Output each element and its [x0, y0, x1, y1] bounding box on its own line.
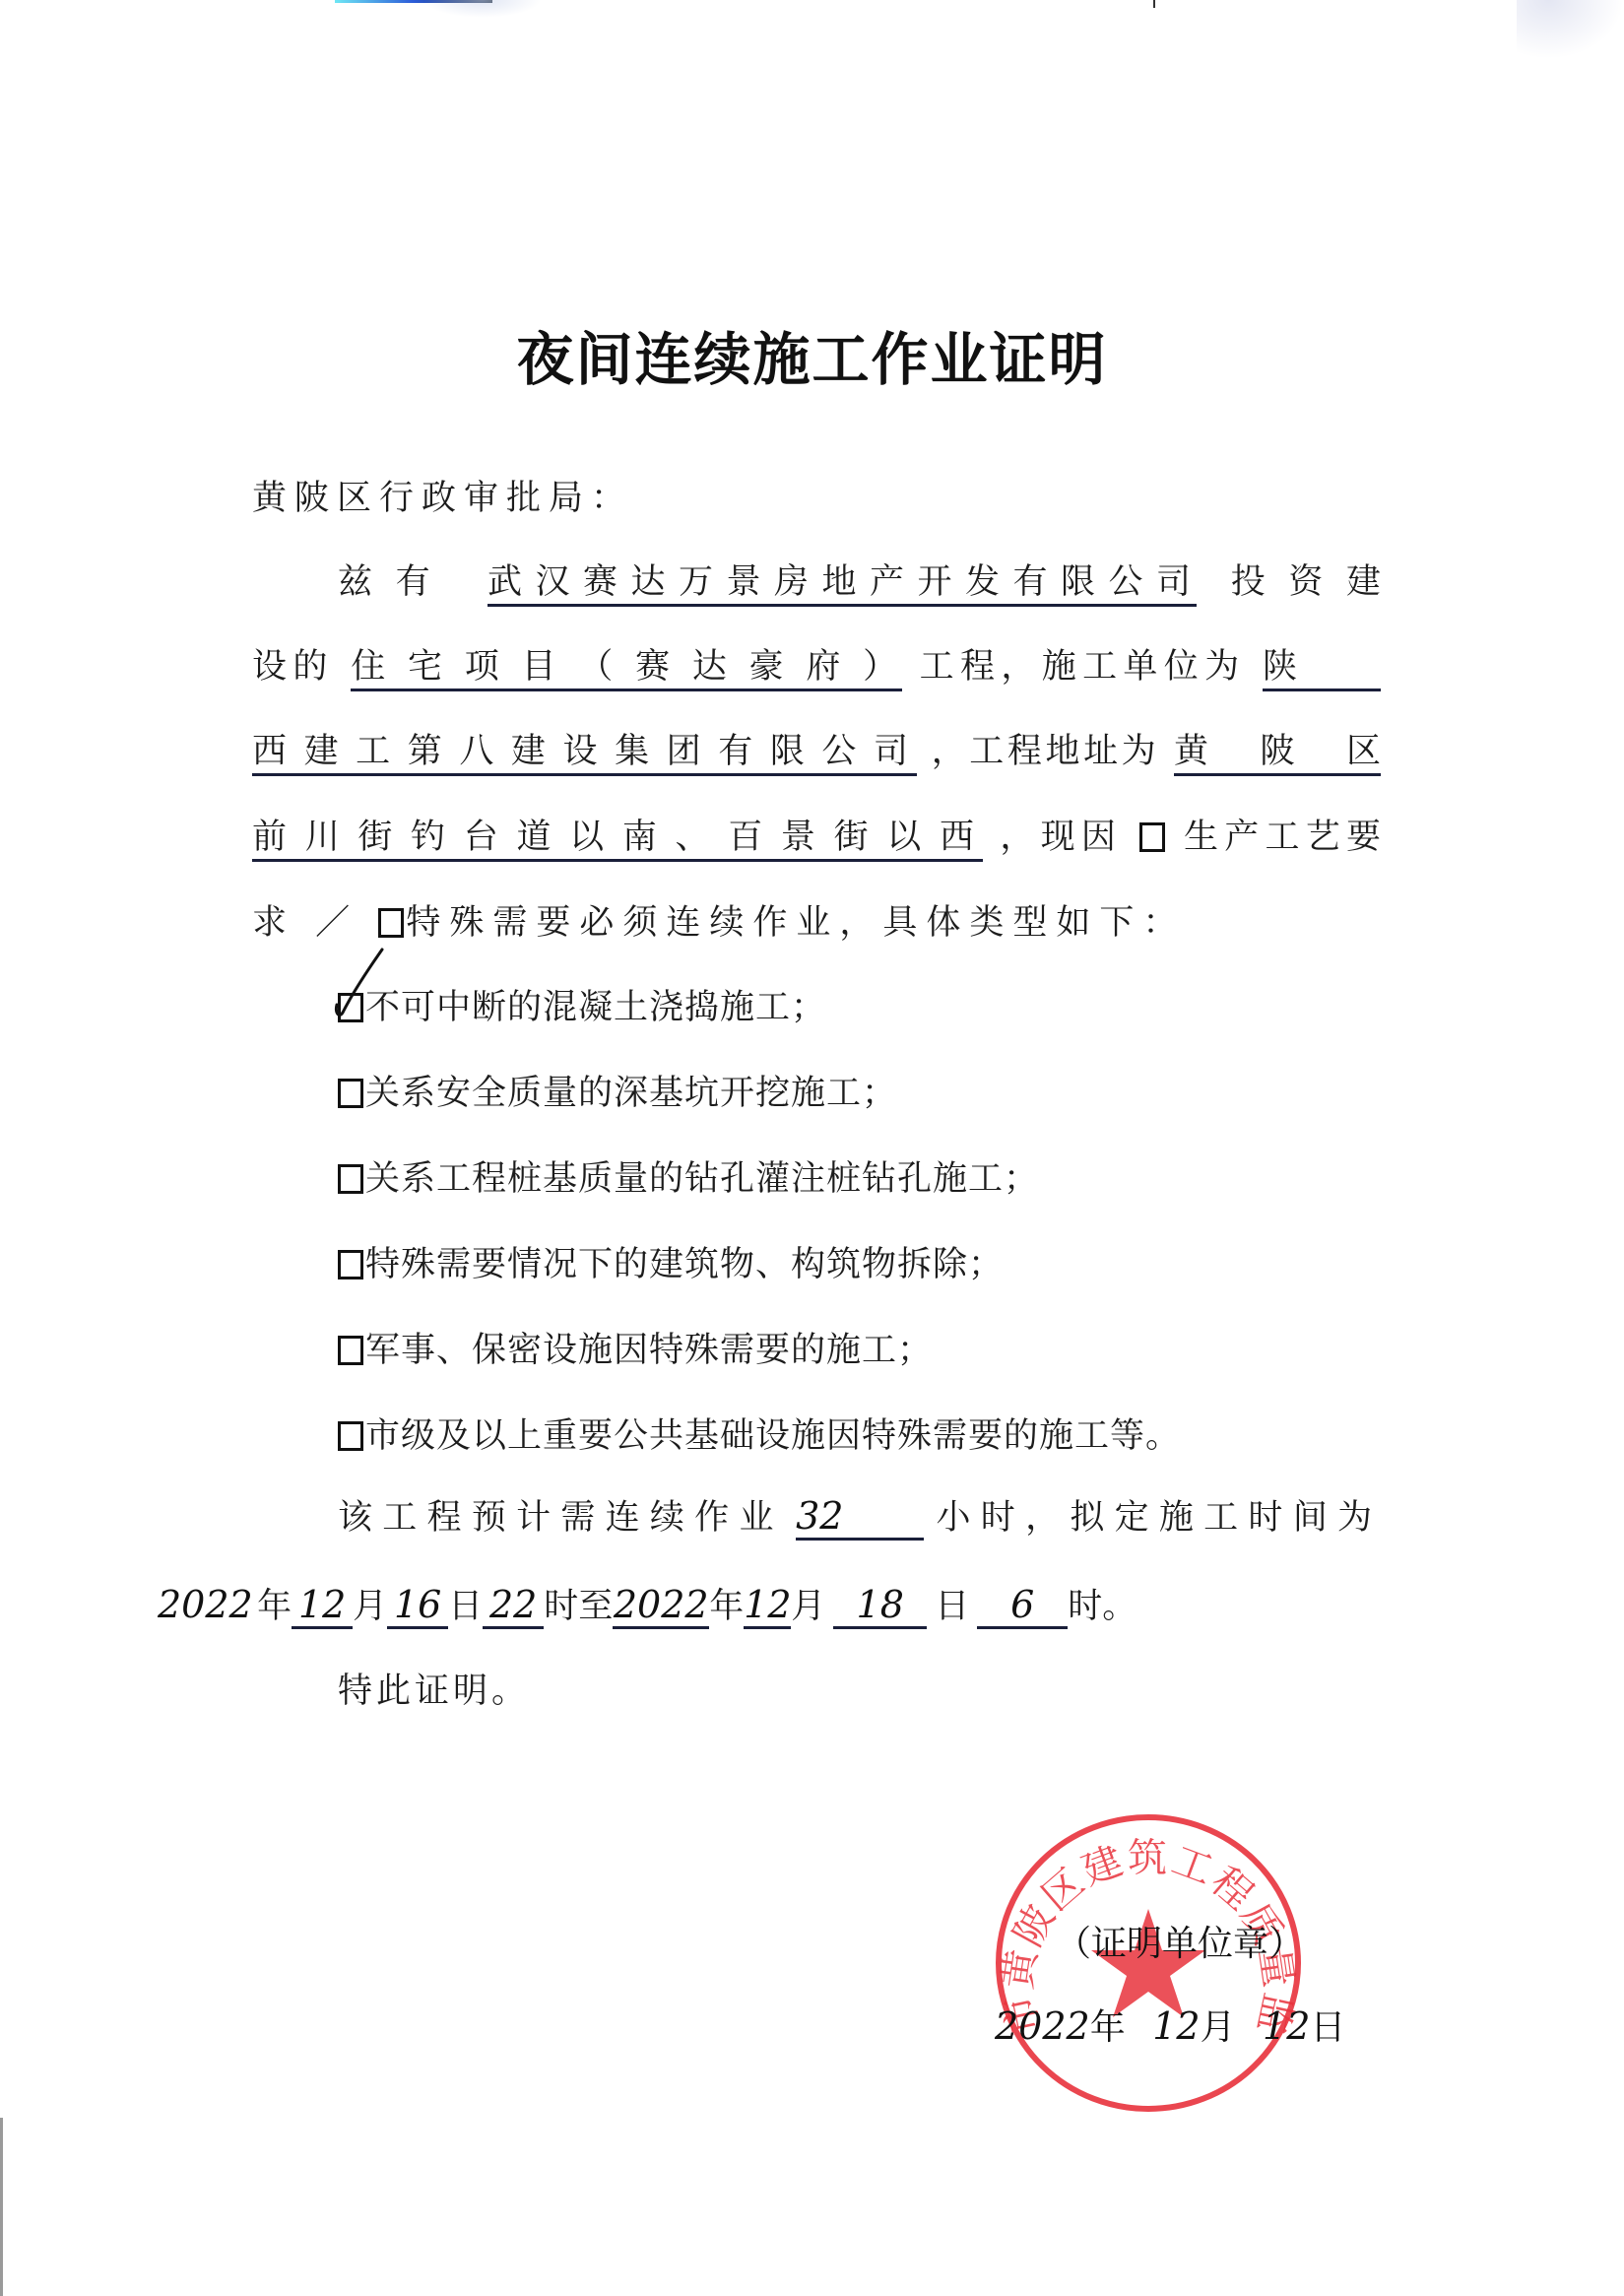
text-segment: 日 [448, 1587, 483, 1626]
end-month-field: 12 [744, 1583, 791, 1629]
text-segment: ，工程地址为 [932, 732, 1160, 771]
work-type-item: 关系工程桩基质量的钻孔灌注桩钻孔施工； [338, 1154, 1466, 1204]
end-hour-field: 6 [977, 1583, 1068, 1629]
text-segment: 日 [935, 1587, 969, 1626]
checkbox-production-requirement[interactable] [1139, 822, 1165, 852]
sign-day-handwritten: 12 [1263, 2004, 1310, 2048]
text-segment: ，现因 [1000, 818, 1122, 857]
work-type-label: 市级及以上重要公共基础设施因特殊需要的施工等。 [365, 1416, 1181, 1456]
closing-statement: 特此证明。 [338, 1667, 1466, 1716]
project-field: 住宅项目（赛达豪府） [351, 645, 902, 691]
checkbox-concrete-pouring[interactable] [338, 993, 363, 1022]
text-segment: 月 [791, 1587, 825, 1626]
work-type-label: 特殊需要情况下的建筑物、构筑物拆除； [365, 1245, 1004, 1284]
scan-edge [0, 2118, 3, 2296]
text-segment: 时至 [544, 1587, 613, 1626]
text-segment: 年 [1090, 2007, 1126, 2048]
checkbox-military-facility[interactable] [338, 1336, 363, 1365]
separator: ／ [315, 903, 358, 943]
text-segment: 年 [257, 1587, 292, 1626]
start-hour-field: 22 [483, 1583, 544, 1629]
work-type-item: 不可中断的混凝土浇捣施工； [338, 983, 1466, 1032]
text-segment: 设的 [252, 647, 334, 687]
checkbox-deep-excavation[interactable] [338, 1079, 363, 1108]
work-type-label: 关系工程桩基质量的钻孔灌注桩钻孔施工； [365, 1159, 1039, 1199]
sign-month-handwritten: 12 [1152, 2004, 1200, 2048]
contractor-field-part2: 西建工第八建设集团有限公司 [252, 730, 917, 776]
checkbox-special-need[interactable] [378, 908, 404, 938]
work-type-label: 军事、保密设施因特殊需要的施工； [365, 1331, 933, 1370]
scan-smudge [423, 0, 542, 18]
reason-label-special: 特殊需要必须连续作业，具体类型如下： [406, 903, 1186, 943]
work-type-label: 关系安全质量的深基坑开挖施工； [365, 1074, 897, 1113]
duration-hours-field: 32 [796, 1494, 924, 1541]
text-segment: 日 [1310, 2007, 1345, 2048]
paragraph-line-3: 西建工第八建设集团有限公司 ，工程地址为 黄陂区 [252, 727, 1381, 776]
start-day-field: 16 [387, 1583, 448, 1629]
address-field-part2: 前川街钓台道以南、百景街以西 [252, 816, 983, 862]
signature-date: 2022年 12月 12日 [995, 2000, 1345, 2050]
sign-year-handwritten: 2022 [995, 2004, 1090, 2048]
text-segment: 工程，施工单位为 [920, 647, 1246, 687]
checkbox-public-infrastructure[interactable] [338, 1421, 363, 1451]
paragraph-line-4: 前川街钓台道以南、百景街以西 ，现因 生产工艺要 [252, 813, 1381, 862]
text-segment: 小时，拟定施工时间为 [937, 1498, 1381, 1538]
end-year-field: 2022 [613, 1583, 709, 1629]
paragraph-line-1: 兹有 武汉赛达万景房地产开发有限公司 投资建 [338, 558, 1381, 607]
seal-caption: （证明单位章） [1056, 1916, 1304, 1966]
end-day-field: 18 [833, 1583, 927, 1629]
reason-label-production: 生产工艺要 [1184, 818, 1381, 857]
text-segment: 该工程预计需连续作业 [338, 1498, 784, 1538]
duration-line: 该工程预计需连续作业 32 小时，拟定施工时间为 [338, 1493, 1381, 1542]
checkbox-bored-pile[interactable] [338, 1164, 363, 1194]
scan-mark [1153, 0, 1155, 8]
start-month-field: 12 [292, 1583, 353, 1629]
document-title: 夜间连续施工作业证明 [0, 313, 1624, 396]
paragraph-line-5: 求 ／ 特殊需要必须连续作业，具体类型如下： [252, 898, 1381, 948]
text-segment: 时。 [1068, 1587, 1137, 1626]
text-segment: 兹有 [338, 562, 453, 602]
text-segment: 求 [252, 903, 295, 943]
schedule-line: 2022 年12月16日22时至2022年12月18日6时。 [158, 1580, 1339, 1631]
text-segment: 年 [709, 1587, 744, 1626]
work-type-label: 不可中断的混凝土浇捣施工； [365, 988, 826, 1027]
addressee: 黄陂区行政审批局： [252, 474, 1381, 523]
checkbox-demolition[interactable] [338, 1250, 363, 1279]
text-segment: 月 [1201, 2007, 1236, 2048]
work-type-item: 关系安全质量的深基坑开挖施工； [338, 1069, 1466, 1118]
work-type-item: 特殊需要情况下的建筑物、构筑物拆除； [338, 1240, 1466, 1289]
scan-smudge [1517, 0, 1624, 59]
investor-field: 武汉赛达万景房地产开发有限公司 [487, 560, 1197, 607]
contractor-field-part1: 陕 [1263, 645, 1381, 691]
work-type-item: 军事、保密设施因特殊需要的施工； [338, 1326, 1466, 1375]
work-type-item: 市级及以上重要公共基础设施因特殊需要的施工等。 [338, 1411, 1466, 1461]
address-field-part1: 黄陂区 [1174, 730, 1381, 776]
paragraph-line-2: 设的 住宅项目（赛达豪府） 工程，施工单位为 陕 [252, 642, 1381, 691]
text-segment: 投资建 [1231, 562, 1381, 602]
text-segment: 月 [353, 1587, 387, 1626]
start-year-handwritten: 2022 [158, 1580, 246, 1629]
